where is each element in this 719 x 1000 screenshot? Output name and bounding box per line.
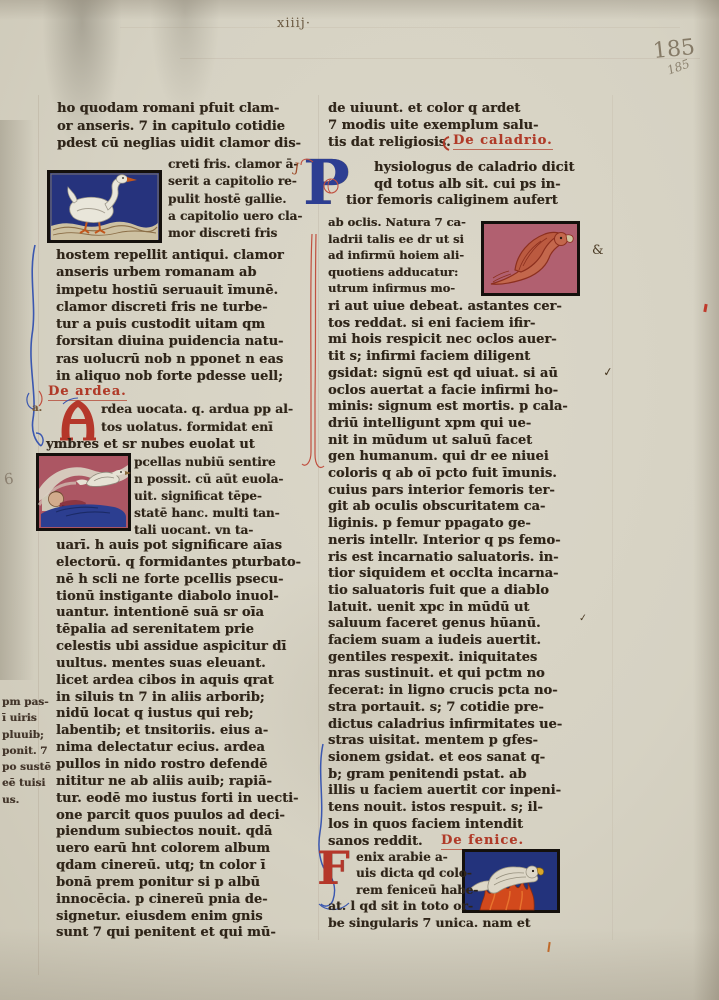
- initial-f: F: [317, 845, 350, 891]
- red-pen-mark: [703, 304, 707, 312]
- text-line: gen humanum. qui dr ee niuei: [328, 449, 568, 466]
- text-line: clamor discreti fris ne turbe-: [56, 299, 284, 316]
- text-line: tos reddat. si eni faciem ifir-: [328, 316, 568, 333]
- text-line: impetu hostiū seruauit īmunē.: [56, 282, 284, 299]
- manuscript-page: xiiij· 185 185 ho quodam romani pfuit cl…: [0, 0, 719, 1000]
- rubric-de-fenice: De fenice.: [441, 833, 524, 850]
- text-line: signetur. eiusdem enim gnis: [56, 909, 301, 926]
- text-line: gentiles respexit. iniquitates: [328, 650, 568, 667]
- text-line: ab oclis. Natura 7 ca-: [328, 214, 466, 231]
- text-line: nras sustinuit. et qui pctm no: [328, 666, 568, 683]
- text-line: 7 modis uite exemplum salu-: [328, 117, 538, 134]
- text-line: ponit. 7: [2, 743, 51, 759]
- ruling-line: [120, 27, 680, 28]
- text-line: serit a capitolio re-: [168, 173, 302, 190]
- text-line: rem feniceū habe-: [356, 882, 478, 898]
- text-line: forsitan diuina puidencia natu-: [56, 333, 284, 350]
- text-line: uarī. h auis pot significare aīas: [56, 538, 301, 555]
- text-line: hysiologus de caladrio dicit: [374, 159, 574, 176]
- text-line: ladrii talis ee dr ut si: [328, 231, 466, 248]
- text-line: mor discreti fris: [168, 225, 302, 242]
- text-line: stras uisitat. mentem p gfes-: [328, 733, 568, 750]
- ampersand-mark: &: [592, 243, 604, 258]
- text-line: cuius pars interior femoris ter-: [328, 483, 568, 500]
- text-line: dictus caladrius infirmitates ue-: [328, 717, 568, 734]
- paragraph-mark: [440, 136, 451, 151]
- text-line: hostem repellit antiqui. clamor: [56, 247, 284, 264]
- text-line: oclos auertat a facie infirmi ho-: [328, 383, 568, 400]
- text-line: piendum subiectos nouit. qdā: [56, 824, 301, 841]
- text-line: tur a puis custodit uitam qm: [56, 316, 284, 333]
- text-line: uantur. intentionē suā sr oīa: [56, 605, 301, 622]
- rubric-de-caladrio: De caladrio.: [453, 133, 553, 150]
- text-line: uit. significat tēpe-: [134, 488, 283, 505]
- text-line: or anseris. 7 in capitulo cotidie: [57, 118, 301, 136]
- ruling-line: [612, 95, 613, 940]
- text-line: los in quos faciem intendit: [328, 817, 568, 834]
- left-column-lower-lines: uarī. h auis pot significare aīaselector…: [56, 538, 301, 942]
- right-column-beside-caladrius: ab oclis. Natura 7 ca-ladrii talis ee dr…: [328, 214, 466, 297]
- text-line: at. l qd sit in toto or-: [328, 897, 530, 914]
- text-line: uis dicta qd colo-: [356, 865, 478, 881]
- text-line: tionū instigante diabolo inuol-: [56, 589, 301, 606]
- text-line: tali uocant. vn ta-: [134, 522, 283, 539]
- left-column-beside-goose: creti fris. clamor ā-serit a capitolio r…: [168, 156, 302, 242]
- text-line: ī uiris: [2, 710, 51, 726]
- text-line: electorū. q formidantes pturbato-: [56, 555, 301, 572]
- text-line: tēpalia ad serenitatem prie: [56, 622, 301, 639]
- text-line: in aliquo nob forte pdesse uell;: [56, 368, 284, 385]
- ruling-line: [38, 95, 39, 975]
- left-column-beside-heron: pcellas nubiū sentiren possit. cū aūt eu…: [134, 454, 283, 539]
- right-column-line-under-initial: tior femoris caliginem aufert: [346, 193, 558, 208]
- text-line: tens nouit. istos respuit. s; il-: [328, 800, 568, 817]
- text-line: fecerat: in ligno crucis pcta no-: [328, 683, 568, 700]
- check-mark-upper: ✓: [602, 364, 614, 379]
- text-line: gsidat: signū est qd uiuat. si aū: [328, 366, 568, 383]
- goose-miniature: [47, 170, 162, 243]
- text-line: nit in mūdum ut saluū facet: [328, 433, 568, 450]
- text-line: n possit. cū aūt euola-: [134, 471, 283, 488]
- text-line: pluuib;: [2, 727, 51, 743]
- right-column-last-lines: at. l qd sit in toto or-be singularis 7 …: [328, 897, 530, 931]
- text-line: coloris q ab oī pcto fuit īmunis.: [328, 466, 568, 483]
- parchment-stain: [693, 0, 719, 1000]
- text-line: licet ardea cibos in aquis qrat: [56, 673, 301, 690]
- text-line: pulit hostē gallie.: [168, 191, 302, 208]
- text-line: tit s; infirmi faciem diligent: [328, 349, 568, 366]
- text-line: neris intellr. Interior q ps femo-: [328, 533, 568, 550]
- text-line: a capitolio uero cla-: [168, 208, 302, 225]
- text-line: be singularis 7 unica. nam et: [328, 914, 530, 931]
- heron-man-miniature: [36, 453, 131, 531]
- text-line: saluum faceret genus hūanū.: [328, 616, 568, 633]
- left-column-full-line: ymbres et sr nubes euolat ut: [46, 437, 255, 452]
- pencil-folio-number: 185: [652, 35, 696, 64]
- text-line: enix arabie a-: [356, 849, 478, 865]
- text-line: celestis ubi assidue aspicitur dī: [56, 639, 301, 656]
- text-line: uultus. mentes suas eleuant.: [56, 656, 301, 673]
- text-line: git ab oculis obscuritatem ca-: [328, 499, 568, 516]
- left-column-beside-initial-a: rdea uocata. q. ardua pp al-tos uolatus.…: [101, 400, 293, 435]
- text-line: qdam cinereū. utq; tn color ī: [56, 858, 301, 875]
- initial-a: [57, 396, 99, 442]
- text-line: ri aut uiue debeat. astantes cer-: [328, 299, 568, 316]
- text-line: in siluis tn 7 in aliis arborib;: [56, 690, 301, 707]
- text-line: anseris urbem romanam ab: [56, 264, 284, 281]
- text-line: nititur ne ab aliis auib; rapiā-: [56, 774, 301, 791]
- initial-a-flourish: [24, 243, 48, 458]
- text-line: pdest cū neglias uidit clamor dis-: [57, 135, 301, 153]
- text-line: pcellas nubiū sentire: [134, 454, 283, 471]
- orange-pen-mark: [547, 942, 550, 952]
- text-line: qd totus alb sit. cui ps in-: [374, 176, 574, 193]
- text-line: ras uolucrū nob n pponet n eas: [56, 351, 284, 368]
- text-line: latuit. uenit xpc in mūdū ut: [328, 600, 568, 617]
- parchment-stain: [0, 0, 719, 20]
- text-line: eē tuisi: [2, 775, 51, 791]
- text-line: stra portauit. s; 7 cotidie pre-: [328, 700, 568, 717]
- text-line: ad infirmū hoiem ali-: [328, 247, 466, 264]
- text-line: nima delectatur ecius. ardea: [56, 740, 301, 757]
- folio-number: xiiij·: [277, 16, 311, 31]
- text-line: bonā prem ponitur si p albū: [56, 875, 301, 892]
- text-line: tos uolatus. formidat enī: [101, 418, 293, 436]
- right-column-beside-phoenix: enix arabie a-uis dicta qd colo-rem feni…: [356, 849, 478, 898]
- text-line: statē hanc. multi tan-: [134, 505, 283, 522]
- text-line: quotiens adducatur:: [328, 264, 466, 281]
- text-line: driū intelligunt xpm qui ue-: [328, 416, 568, 433]
- text-line: sunt 7 qui penitent et qui mū-: [56, 925, 301, 942]
- text-line: creti fris. clamor ā-: [168, 156, 302, 173]
- text-line: rdea uocata. q. ardua pp al-: [101, 400, 293, 418]
- caladrius-miniature: [481, 221, 580, 296]
- text-line: po sustē: [2, 759, 51, 775]
- text-line: tio saluatoris fuit que a diablo: [328, 583, 568, 600]
- text-line: illis u faciem auertit cor inpeni-: [328, 783, 568, 800]
- text-line: sionem gsidat. et eos sanat q-: [328, 750, 568, 767]
- text-line: one parcit quos puulos ad deci-: [56, 808, 301, 825]
- pencil-letter-mark: 6: [3, 469, 15, 488]
- text-line: minis: signum est mortis. p cala-: [328, 399, 568, 416]
- text-line: b; gram penitendi pstat. ab: [328, 767, 568, 784]
- text-line: liginis. p femur ppagato ge-: [328, 516, 568, 533]
- check-mark-lower: ✓: [578, 613, 587, 625]
- left-column-mid-lines: hostem repellit antiqui. clamoranseris u…: [56, 247, 284, 385]
- text-line: de uiuunt. et color q ardet: [328, 100, 538, 117]
- text-line: ris est incarnatio saluatoris. in-: [328, 550, 568, 567]
- guide-letter-a: a.: [32, 403, 42, 414]
- left-column-opening-lines: ho quodam romani pfuit clam-or anseris. …: [57, 100, 301, 153]
- text-line: nidū locat q iustus qui reb;: [56, 706, 301, 723]
- text-line: us.: [2, 792, 51, 808]
- text-line: pullos in nido rostro defendē: [56, 757, 301, 774]
- text-line: faciem suam a iudeis auertit.: [328, 633, 568, 650]
- text-line: innocēcia. p cinereū pnia de-: [56, 892, 301, 909]
- text-line: nē h scli ne forte pcellis psecu-: [56, 572, 301, 589]
- text-line: tior siquidem et occlta incarna-: [328, 566, 568, 583]
- text-line: tur. eodē mo iustus forti in uecti-: [56, 791, 301, 808]
- right-column-main-lines: ri aut uiue debeat. astantes cer-tos red…: [328, 299, 568, 850]
- text-line: mi hois respicit nec oclos auer-: [328, 332, 568, 349]
- right-column-beside-initial-p: hysiologus de caladrio dicitqd totus alb…: [374, 159, 574, 193]
- text-line: utrum infirmus mo-: [328, 280, 466, 297]
- text-line: ho quodam romani pfuit clam-: [57, 100, 301, 118]
- marginal-note: pm pas-ī uirispluuib;ponit. 7po sustēeē …: [2, 694, 51, 808]
- text-line: uero earū hnt colorem album: [56, 841, 301, 858]
- text-line: pm pas-: [2, 694, 51, 710]
- text-line: labentib; et tnsitoriis. eius a-: [56, 723, 301, 740]
- ruling-line: [180, 58, 700, 59]
